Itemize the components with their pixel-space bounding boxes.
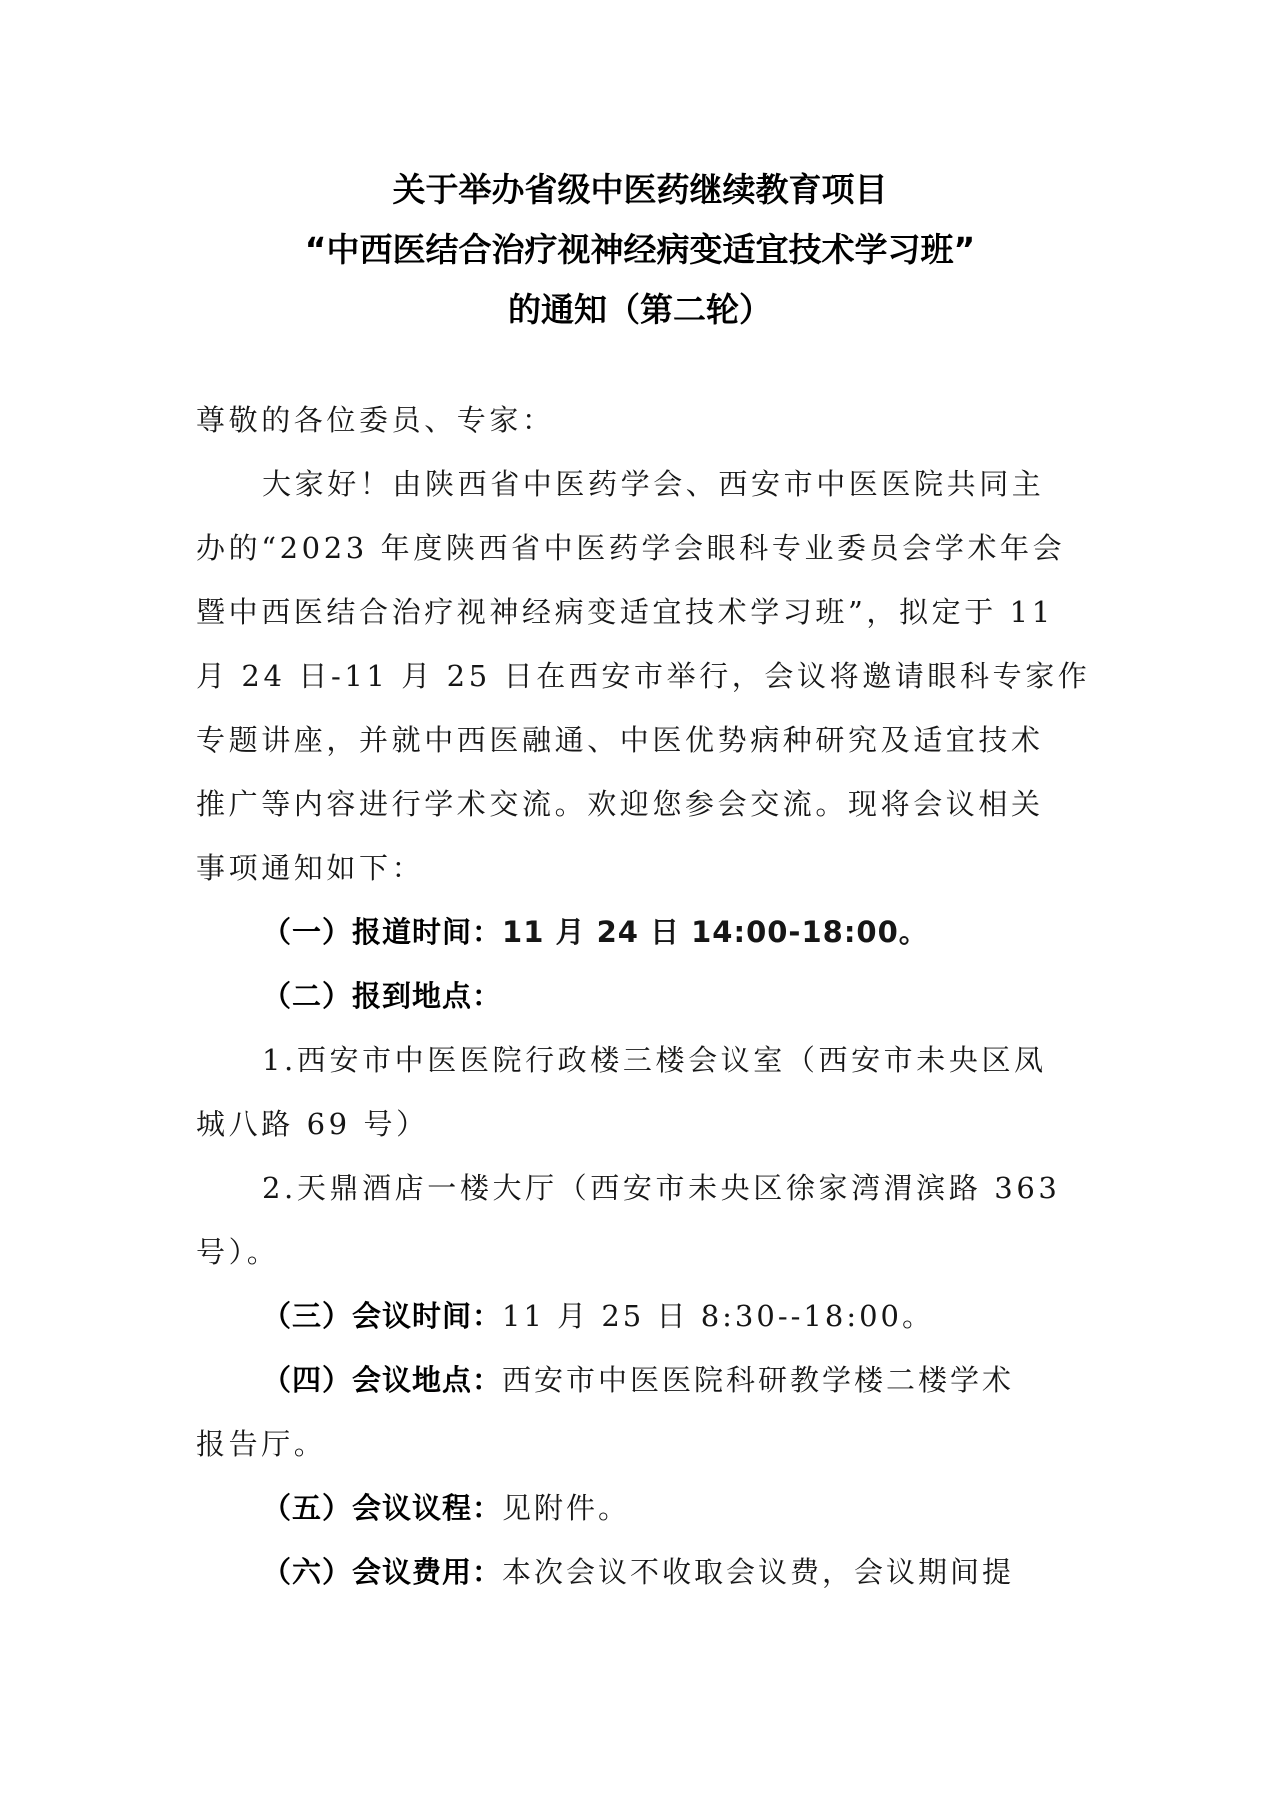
meeting-place-value: 西安市中医医院科研教学楼二楼学术 [502,1363,1014,1397]
intro-line: 事项通知如下： [196,836,1088,900]
title-line-3: 的通知（第二轮） [0,280,1280,340]
registration-time-value: 11 月 24 日 14:00-18:00。 [502,915,929,949]
place-1-cont: 城八路 69 号） [196,1092,1088,1156]
agenda-label: （五）会议议程： [262,1491,502,1525]
fee-label: （六）会议费用： [262,1555,502,1589]
document-body: 尊敬的各位委员、专家： 大家好！由陕西省中医药学会、西安市中医医院共同主 办的“… [196,388,1088,1604]
agenda-value: 见附件。 [502,1491,630,1525]
document-title: 关于举办省级中医药继续教育项目 “中西医结合治疗视神经病变适宜技术学习班” 的通… [0,160,1280,340]
fee-item: （六）会议费用：本次会议不收取会议费，会议期间提 [196,1540,1088,1604]
place-2: 2.天鼎酒店一楼大厅（西安市未央区徐家湾渭滨路 363 [196,1156,1088,1220]
title-line-2: “中西医结合治疗视神经病变适宜技术学习班” [0,220,1280,280]
intro-line: 专题讲座，并就中西医融通、中医优势病种研究及适宜技术 [196,708,1088,772]
salutation: 尊敬的各位委员、专家： [196,388,1088,452]
title-line-1: 关于举办省级中医药继续教育项目 [0,160,1280,220]
registration-place-item: （二）报到地点： [196,964,1088,1028]
meeting-place-cont: 报告厅。 [196,1412,1088,1476]
meeting-time-label: （三）会议时间： [262,1299,502,1333]
registration-place-label: （二）报到地点： [262,979,502,1013]
agenda-item: （五）会议议程：见附件。 [196,1476,1088,1540]
intro-line: 办的“2023 年度陕西省中医药学会眼科专业委员会学术年会 [196,516,1088,580]
intro-line: 推广等内容进行学术交流。欢迎您参会交流。现将会议相关 [196,772,1088,836]
place-2-cont: 号）。 [196,1220,1088,1284]
fee-value: 本次会议不收取会议费，会议期间提 [502,1555,1014,1589]
document-page: 关于举办省级中医药继续教育项目 “中西医结合治疗视神经病变适宜技术学习班” 的通… [0,0,1280,1810]
intro-line: 大家好！由陕西省中医药学会、西安市中医医院共同主 [196,452,1088,516]
meeting-time-item: （三）会议时间：11 月 25 日 8:30--18:00。 [196,1284,1088,1348]
meeting-place-label: （四）会议地点： [262,1363,502,1397]
registration-time-item: （一）报道时间：11 月 24 日 14:00-18:00。 [196,900,1088,964]
place-1: 1.西安市中医医院行政楼三楼会议室（西安市未央区凤 [196,1028,1088,1092]
meeting-place-item: （四）会议地点：西安市中医医院科研教学楼二楼学术 [196,1348,1088,1412]
registration-time-label: （一）报道时间： [262,915,502,949]
intro-line: 暨中西医结合治疗视神经病变适宜技术学习班”，拟定于 11 [196,580,1088,644]
meeting-time-value: 11 月 25 日 8:30--18:00。 [502,1299,934,1333]
intro-line: 月 24 日-11 月 25 日在西安市举行，会议将邀请眼科专家作 [196,644,1088,708]
